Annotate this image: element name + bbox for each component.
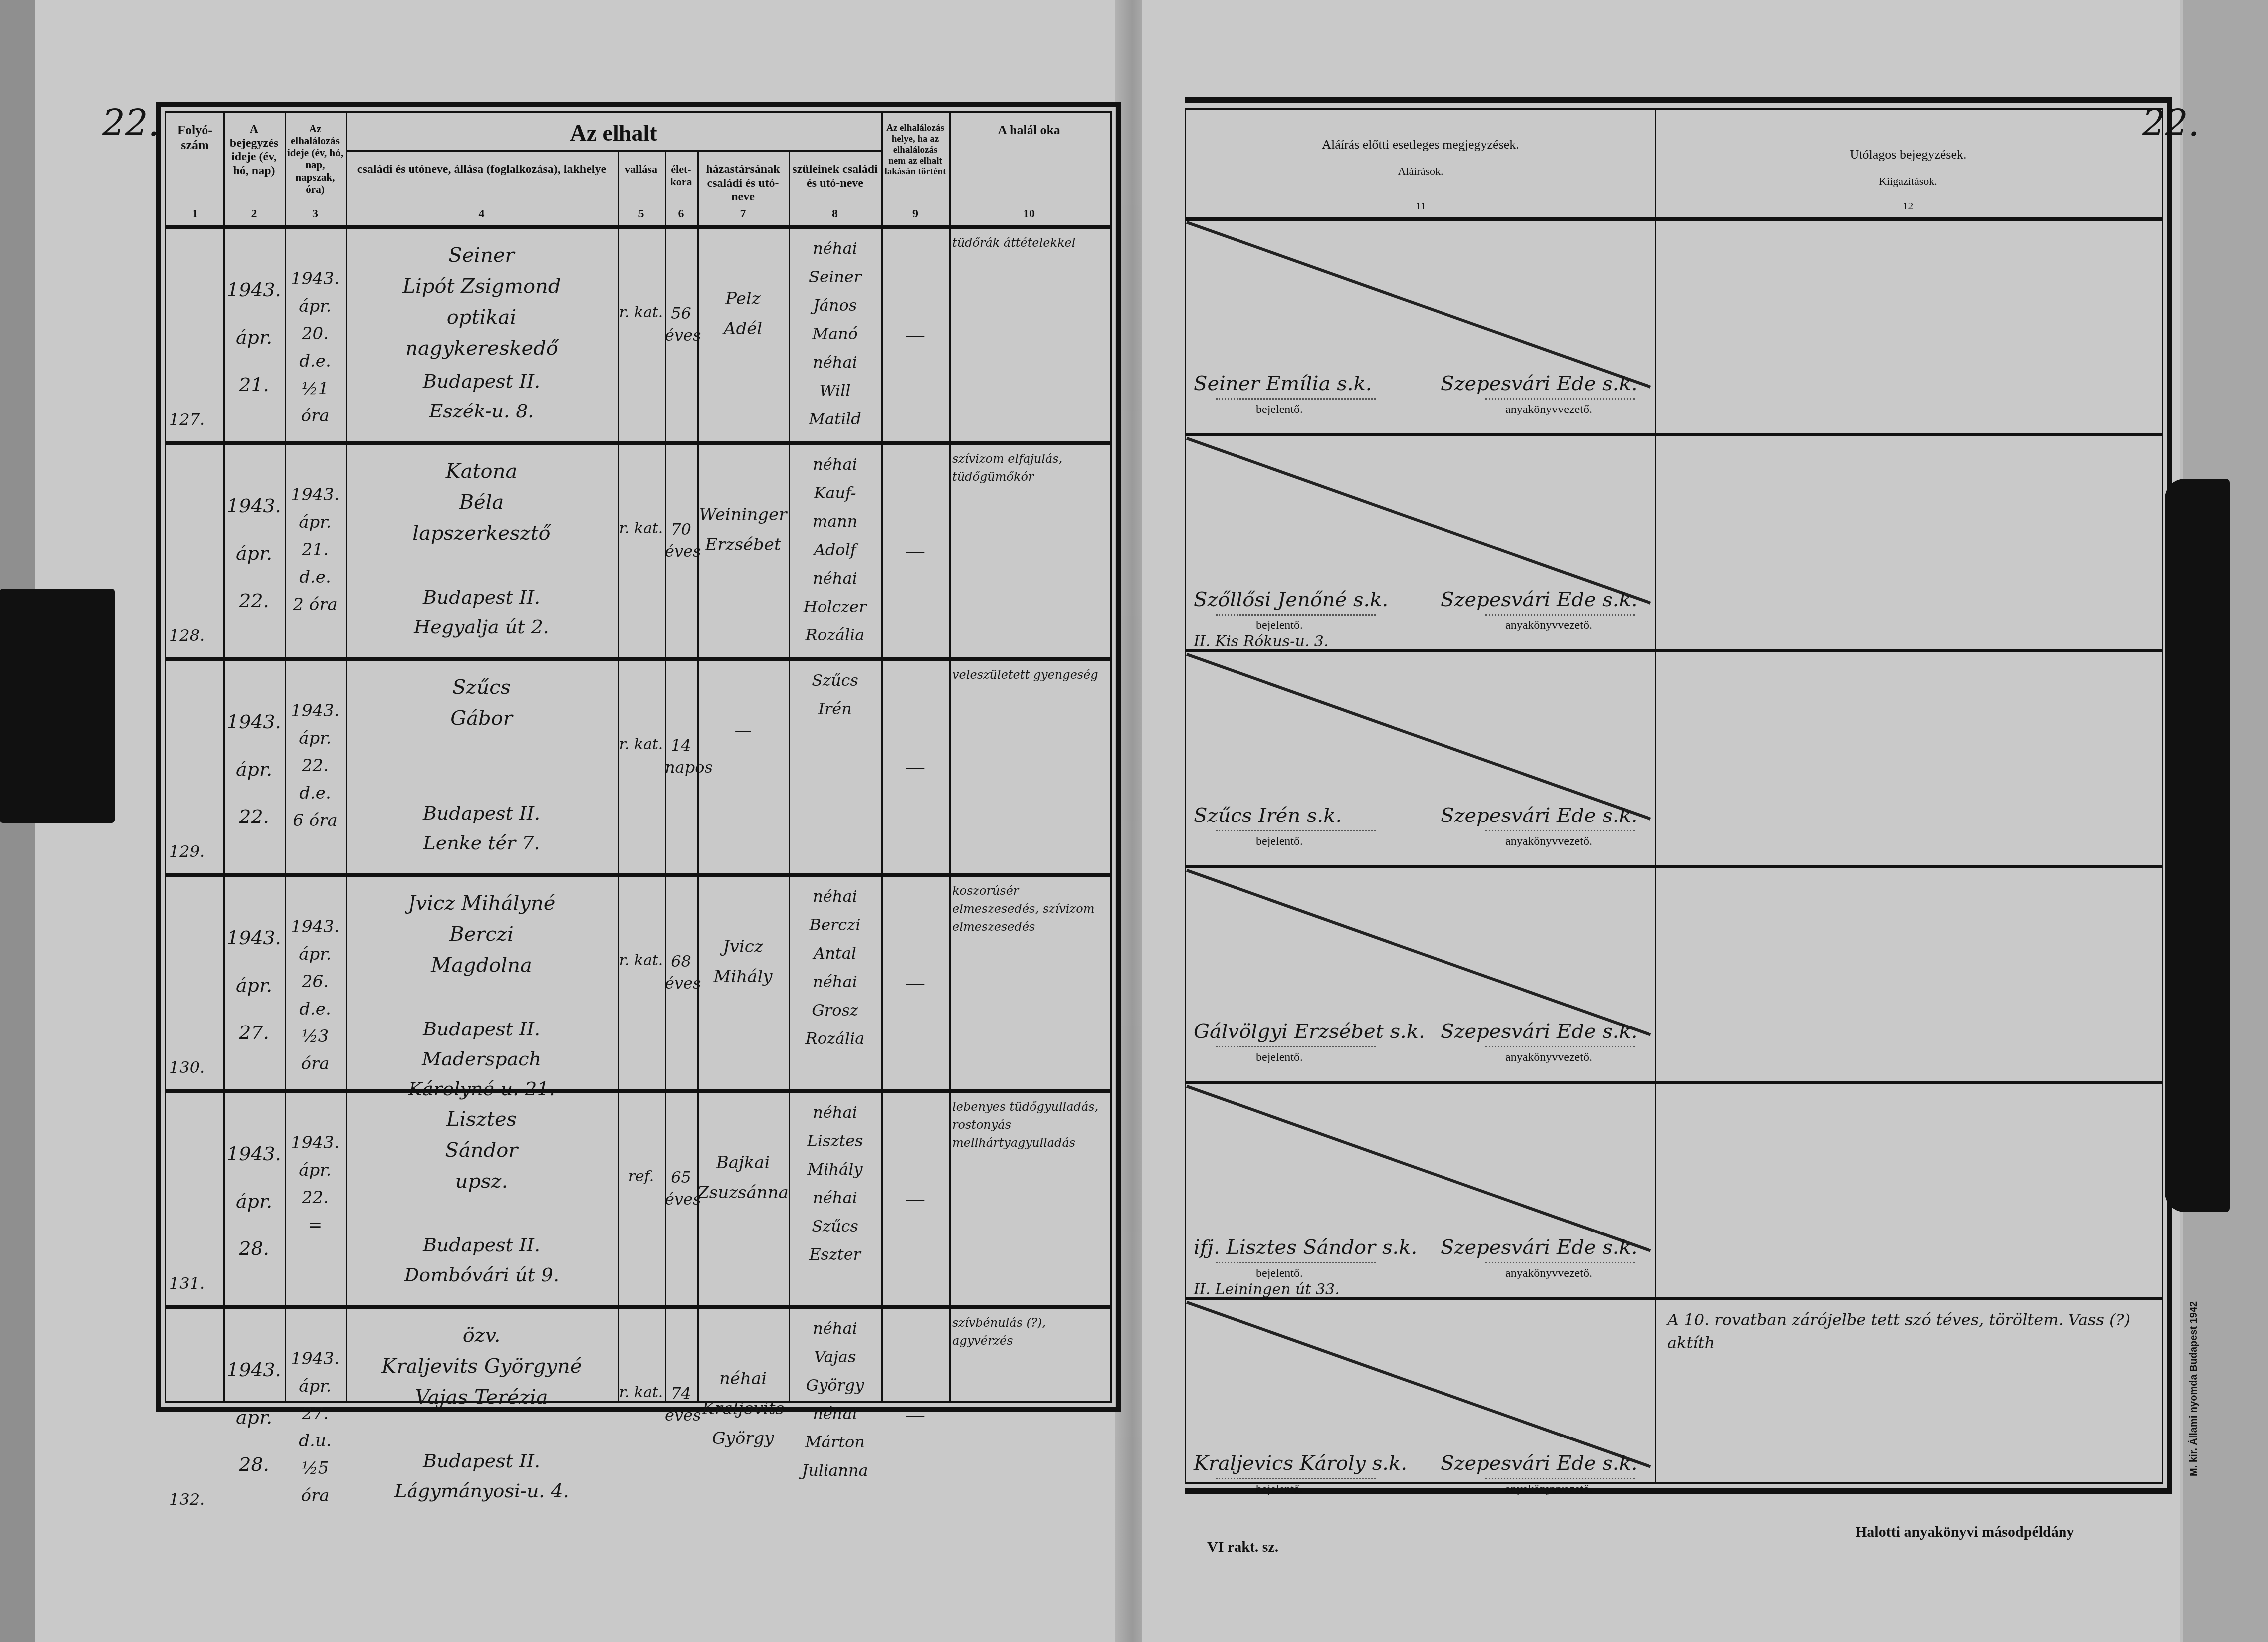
- entry-date: 22.: [223, 590, 285, 612]
- deceased-residence: Eszék-u. 8.: [346, 400, 618, 422]
- reporter-signature-line: [1216, 398, 1376, 400]
- death-date: ½3: [285, 1026, 346, 1046]
- registrar-label: anyakönyvvezető.: [1505, 1483, 1592, 1496]
- registrar-signature: Szepesvári Ede s.k.: [1441, 372, 1637, 395]
- column-number-10: 10: [949, 207, 1109, 221]
- column-header-4: családi és utóneve, állása (foglalkozása…: [348, 163, 616, 177]
- entry-date: ápr.: [223, 1190, 285, 1212]
- strike-line: [1186, 221, 1651, 389]
- column-number-5: 5: [618, 207, 665, 221]
- registrar-label: anyakönyvvezető.: [1505, 1051, 1592, 1064]
- registrar-signature-line: [1485, 1046, 1635, 1047]
- strike-line: [1186, 1085, 1651, 1252]
- column-number-8: 8: [789, 207, 881, 221]
- cause-of-death: tüdőrák áttételekkel: [952, 234, 1106, 252]
- column-header-9: Az elhalálozás helye, ha az elhalálozás …: [883, 123, 947, 177]
- death-date: 1943.: [285, 917, 346, 937]
- death-date: ápr.: [285, 728, 346, 748]
- reporter-signature-line: [1216, 1262, 1376, 1263]
- death-date: óra: [285, 406, 346, 426]
- row-divider: [166, 657, 1110, 661]
- row-divider: [1186, 433, 2162, 436]
- registrar-signature: Szepesvári Ede s.k.: [1441, 588, 1637, 611]
- parents-names: Szűcs: [789, 1217, 881, 1235]
- entry-date: 1943.: [223, 279, 285, 301]
- age: 65: [665, 1168, 697, 1187]
- death-place: —: [881, 324, 949, 347]
- deceased-name: Béla: [346, 491, 618, 514]
- death-date: 1943.: [285, 1133, 346, 1153]
- reporter-label: bejelentő.: [1256, 1267, 1303, 1280]
- parents-names: néhai: [789, 887, 881, 906]
- parents-names: néhai: [789, 1404, 881, 1423]
- column-header-10: A halál oka: [951, 123, 1107, 138]
- row-divider: [166, 873, 1110, 877]
- parents-names: néhai: [789, 455, 881, 474]
- column-header-2: A bejegyzés ideje (év, hó, nap): [225, 123, 283, 178]
- entry-date: ápr.: [223, 542, 285, 564]
- death-date: 22.: [285, 1188, 346, 1208]
- spouse-name: Erzsébet: [697, 535, 789, 555]
- parents-names: Rozália: [789, 1029, 881, 1048]
- parents-names: néhai: [789, 1319, 881, 1338]
- deceased-residence: Lenke tér 7.: [346, 832, 618, 854]
- group-title: Az elhalt: [346, 120, 881, 147]
- reporter-signature: Kraljevics Károly s.k.: [1194, 1452, 1407, 1475]
- death-date: 21.: [285, 540, 346, 560]
- entry-date: ápr.: [223, 1406, 285, 1428]
- deceased-residence: Budapest II.: [346, 1450, 618, 1472]
- reporter-signature-line: [1216, 830, 1376, 831]
- reporter-signature: Seiner Emília s.k.: [1194, 372, 1372, 395]
- parents-names: Lisztes: [789, 1131, 881, 1150]
- death-date: 27.: [285, 1404, 346, 1424]
- deceased-residence: Hegyalja út 2.: [346, 616, 618, 638]
- registrar-signature-line: [1485, 830, 1635, 831]
- registrar-signature: Szepesvári Ede s.k.: [1441, 804, 1637, 827]
- row-divider: [1186, 1081, 2162, 1084]
- column-divider: [949, 113, 951, 1401]
- reporter-address: II. Kis Rókus-u. 3.: [1194, 633, 1328, 650]
- reporter-label: bejelentő.: [1256, 403, 1303, 416]
- entry-date: 1943.: [223, 927, 285, 949]
- deceased-name: Lipót Zsigmond: [346, 275, 618, 298]
- parents-names: Berczi: [789, 915, 881, 934]
- death-date: d.e.: [285, 351, 346, 371]
- death-date: 2 óra: [285, 595, 346, 615]
- entry-number: 131.: [166, 1274, 226, 1293]
- age: 68: [665, 952, 697, 971]
- death-place: —: [881, 540, 949, 563]
- parents-names: Grosz: [789, 1001, 881, 1020]
- parents-names: Matild: [789, 410, 881, 428]
- registrar-label: anyakönyvvezető.: [1505, 619, 1592, 632]
- age: éves: [665, 542, 697, 561]
- column-header-5: vallása: [619, 163, 663, 175]
- death-register-table: Az elhaltFolyó-szám1A bejegyzés ideje (é…: [156, 102, 1121, 1412]
- spouse-name: György: [697, 1429, 789, 1448]
- entry-date: 28.: [223, 1237, 285, 1259]
- death-date: d.e.: [285, 567, 346, 587]
- footer-storage-number: VI rakt. sz.: [1207, 1539, 1278, 1556]
- spouse-name: Pelz: [697, 289, 789, 309]
- parents-names: néhai: [789, 972, 881, 991]
- death-date: ápr.: [285, 1160, 346, 1180]
- deceased-residence: Budapest II.: [346, 370, 618, 392]
- registrar-signature-line: [1485, 1262, 1635, 1263]
- reporter-address: II. Leiningen út 33.: [1194, 1281, 1340, 1298]
- index-tab-left: [0, 589, 115, 823]
- death-place: —: [881, 1404, 949, 1427]
- registrar-signature-line: [1485, 1478, 1635, 1479]
- entry-number: 128.: [166, 626, 226, 645]
- entry-date: 28.: [223, 1453, 285, 1475]
- parents-names: János: [789, 296, 881, 315]
- row-divider: [166, 1305, 1110, 1309]
- cause-of-death: koszorúsér elmeszesedés, szívizom elmesz…: [952, 882, 1106, 936]
- parents-names: Márton: [789, 1433, 881, 1451]
- deceased-residence: Maderspach: [346, 1048, 618, 1070]
- row-divider: [166, 1089, 1110, 1093]
- deceased-name: Kraljevits Györgyné: [346, 1355, 618, 1378]
- registrar-signature-line: [1485, 614, 1635, 616]
- spouse-name: Weininger: [697, 505, 789, 525]
- parents-names: Manó: [789, 324, 881, 343]
- column-number-9: 9: [881, 207, 949, 221]
- reporter-label: bejelentő.: [1256, 1483, 1303, 1496]
- death-date: ½1: [285, 379, 346, 399]
- spouse-name: Bajkai: [697, 1153, 789, 1173]
- column-number-11: 11: [1186, 200, 1655, 212]
- parents-names: Adolf: [789, 540, 881, 559]
- entry-number: 129.: [166, 842, 226, 861]
- parents-names: néhai: [789, 239, 881, 258]
- strike-line: [1186, 869, 1651, 1036]
- parents-names: Will: [789, 381, 881, 400]
- parents-names: néhai: [789, 569, 881, 588]
- column-header-6: élet-kora: [667, 163, 695, 188]
- death-date: óra: [285, 1054, 346, 1074]
- deceased-name: nagykereskedő: [346, 337, 618, 360]
- parents-names: György: [789, 1376, 881, 1395]
- row-divider: [1186, 1297, 2162, 1300]
- death-date: ½5: [285, 1458, 346, 1478]
- religion: r. kat.: [618, 304, 665, 321]
- age: napos: [665, 758, 697, 777]
- religion: r. kat.: [618, 736, 665, 753]
- column-number-3: 3: [285, 207, 346, 221]
- parents-names: mann: [789, 512, 881, 531]
- age: 70: [665, 520, 697, 539]
- spouse-name: Jvicz: [697, 937, 789, 957]
- spouse-name: —: [697, 721, 789, 741]
- strike-line: [1186, 653, 1651, 821]
- parents-names: Irén: [789, 699, 881, 718]
- death-date: ápr.: [285, 512, 346, 532]
- cause-of-death: szívizom elfajulás, tüdőgümőkór: [952, 450, 1106, 486]
- entry-date: 1943.: [223, 711, 285, 733]
- entry-number: 127.: [166, 410, 226, 429]
- header-divider: [1186, 217, 2162, 221]
- signatures-table: Aláírás előtti esetleges megjegyzések.Al…: [1185, 97, 2172, 1494]
- entry-date: 1943.: [223, 495, 285, 517]
- age: éves: [665, 1406, 697, 1425]
- parents-names: Rozália: [789, 625, 881, 644]
- death-date: ápr.: [285, 944, 346, 964]
- cause-of-death: veleszületett gyengeség: [952, 666, 1106, 684]
- reporter-label: bejelentő.: [1256, 835, 1303, 848]
- religion: r. kat.: [618, 520, 665, 537]
- parents-names: Szűcs: [789, 671, 881, 690]
- death-place: —: [881, 972, 949, 995]
- deceased-residence: Budapest II.: [346, 1018, 618, 1040]
- reporter-label: bejelentő.: [1256, 619, 1303, 632]
- left-page-number: 22.: [102, 102, 160, 144]
- entry-date: 1943.: [223, 1359, 285, 1381]
- column-header-8: szüleinek családi és utó-neve: [791, 163, 879, 190]
- column-subheader-11: Aláírások.: [1186, 165, 1655, 177]
- death-date: 22.: [285, 756, 346, 776]
- spouse-name: Adél: [697, 319, 789, 339]
- parents-names: néhai: [789, 353, 881, 372]
- deceased-name: Szűcs: [346, 676, 618, 699]
- deceased-residence: Lágymányosi-u. 4.: [346, 1480, 618, 1502]
- printer-imprint: M. kir. Állami nyomda Budapest 1942: [2188, 1301, 2200, 1476]
- deceased-name: Gábor: [346, 707, 618, 730]
- death-date: 1943.: [285, 269, 346, 289]
- spouse-name: néhai: [697, 1369, 789, 1389]
- parents-names: Kauf-: [789, 483, 881, 502]
- entry-date: 21.: [223, 374, 285, 396]
- deceased-name: Seiner: [346, 244, 618, 267]
- age: éves: [665, 326, 697, 345]
- religion: r. kat.: [618, 952, 665, 969]
- death-date: 26.: [285, 972, 346, 992]
- death-date: 1943.: [285, 1349, 346, 1369]
- parents-names: Seiner: [789, 267, 881, 286]
- entry-date: ápr.: [223, 758, 285, 780]
- entry-date: 1943.: [223, 1143, 285, 1165]
- spouse-name: Kraljevits: [697, 1399, 789, 1419]
- parents-names: Eszter: [789, 1245, 881, 1264]
- column-header-1: Folyó-szám: [168, 123, 221, 153]
- parents-names: Holczer: [789, 597, 881, 616]
- parents-names: Mihály: [789, 1160, 881, 1179]
- deceased-name: Katona: [346, 460, 618, 483]
- column-header-12: Utólagos bejegyzések.: [1655, 147, 2161, 162]
- death-date: d.e.: [285, 783, 346, 803]
- column-number-2: 2: [223, 207, 285, 221]
- registrar-label: anyakönyvvezető.: [1505, 835, 1592, 848]
- age: éves: [665, 974, 697, 993]
- registrar-label: anyakönyvvezető.: [1505, 1267, 1592, 1280]
- cause-of-death: szívbénulás (?), agyvérzés: [952, 1314, 1106, 1350]
- strike-line: [1186, 437, 1651, 605]
- column-header-3: Az elhalálozás ideje (év, hó, nap, napsz…: [287, 123, 344, 195]
- death-date: ápr.: [285, 296, 346, 316]
- deceased-name: Sándor: [346, 1139, 618, 1162]
- entry-number: 130.: [166, 1058, 226, 1077]
- reporter-signature: Szőllősi Jenőné s.k.: [1194, 588, 1388, 611]
- column-header-11: Aláírás előtti esetleges megjegyzések.: [1186, 137, 1655, 152]
- column-number-4: 4: [346, 207, 618, 221]
- entry-date: 27.: [223, 1022, 285, 1043]
- deceased-residence: Dombóvári út 9.: [346, 1264, 618, 1286]
- spouse-name: Mihály: [697, 967, 789, 987]
- age: éves: [665, 1190, 697, 1209]
- deceased-residence: Budapest II.: [346, 802, 618, 824]
- deceased-name: Vajas Terézia: [346, 1386, 618, 1409]
- entry-date: ápr.: [223, 974, 285, 996]
- death-date: 6 óra: [285, 811, 346, 830]
- parents-names: néhai: [789, 1188, 881, 1207]
- parents-names: Julianna: [789, 1461, 881, 1480]
- row-divider: [166, 441, 1110, 445]
- parents-names: Antal: [789, 944, 881, 963]
- entry-date: ápr.: [223, 326, 285, 348]
- religion: r. kat.: [618, 1384, 665, 1401]
- cause-of-death: lebenyes tüdőgyulladás, rostonyás mellhá…: [952, 1098, 1106, 1152]
- group-header-divider: [346, 150, 881, 152]
- column-header-7: házastársának családi és utó-neve: [699, 163, 787, 204]
- header-divider: [166, 225, 1110, 229]
- entry-number: 132.: [166, 1490, 226, 1509]
- deceased-name: özv.: [346, 1324, 618, 1347]
- column-subheader-12: Kiigazítások.: [1655, 175, 2161, 187]
- deceased-name: Lisztes: [346, 1108, 618, 1131]
- death-date: d.e.: [285, 999, 346, 1019]
- religion: ref.: [618, 1168, 665, 1185]
- death-date: 1943.: [285, 485, 346, 505]
- registrar-signature: Szepesvári Ede s.k.: [1441, 1236, 1637, 1259]
- column-number-6: 6: [665, 207, 697, 221]
- deceased-name: Jvicz Mihályné: [346, 892, 618, 915]
- column-number-1: 1: [166, 207, 223, 221]
- registrar-label: anyakönyvvezető.: [1505, 403, 1592, 416]
- parents-names: Vajas: [789, 1347, 881, 1366]
- registrar-signature-line: [1485, 398, 1635, 400]
- column-divider: [1655, 110, 1656, 1482]
- age: 14: [665, 736, 697, 755]
- footer-document-title: Halotti anyakönyvi másodpéldány: [1856, 1524, 2074, 1541]
- row-divider: [1186, 649, 2162, 652]
- row-divider: [1186, 865, 2162, 868]
- deceased-residence: Budapest II.: [346, 586, 618, 608]
- deceased-residence: Budapest II.: [346, 1234, 618, 1256]
- reporter-signature-line: [1216, 1478, 1376, 1479]
- reporter-signature: Gálvölgyi Erzsébet s.k.: [1194, 1020, 1425, 1043]
- column-number-7: 7: [697, 207, 789, 221]
- reporter-label: bejelentő.: [1256, 1051, 1303, 1064]
- reporter-signature-line: [1216, 614, 1376, 616]
- later-entry-note: A 10. rovatban zárójelbe tett szó téves,…: [1667, 1308, 2144, 1355]
- death-date: =: [285, 1215, 346, 1235]
- death-date: ápr.: [285, 1376, 346, 1396]
- deceased-name: upsz.: [346, 1170, 618, 1193]
- deceased-name: lapszerkesztő: [346, 522, 618, 545]
- reporter-signature-line: [1216, 1046, 1376, 1047]
- index-tab-right: [2165, 479, 2230, 1212]
- entry-date: 22.: [223, 806, 285, 827]
- parents-names: néhai: [789, 1103, 881, 1122]
- death-date: óra: [285, 1486, 346, 1506]
- strike-line: [1186, 1301, 1651, 1468]
- reporter-signature: ifj. Lisztes Sándor s.k.: [1194, 1236, 1417, 1259]
- age: 56: [665, 304, 697, 323]
- deceased-name: optikai: [346, 306, 618, 329]
- reporter-signature: Szűcs Irén s.k.: [1194, 804, 1342, 827]
- deceased-name: Magdolna: [346, 954, 618, 977]
- age: 74: [665, 1384, 697, 1403]
- spouse-name: Zsuzsánna: [697, 1183, 789, 1203]
- registrar-signature: Szepesvári Ede s.k.: [1441, 1452, 1637, 1475]
- death-date: 20.: [285, 324, 346, 344]
- death-place: —: [881, 756, 949, 779]
- death-date: d.u.: [285, 1431, 346, 1451]
- deceased-name: Berczi: [346, 923, 618, 946]
- registrar-signature: Szepesvári Ede s.k.: [1441, 1020, 1637, 1043]
- column-number-12: 12: [1655, 200, 2161, 212]
- death-place: —: [881, 1188, 949, 1211]
- death-date: 1943.: [285, 701, 346, 721]
